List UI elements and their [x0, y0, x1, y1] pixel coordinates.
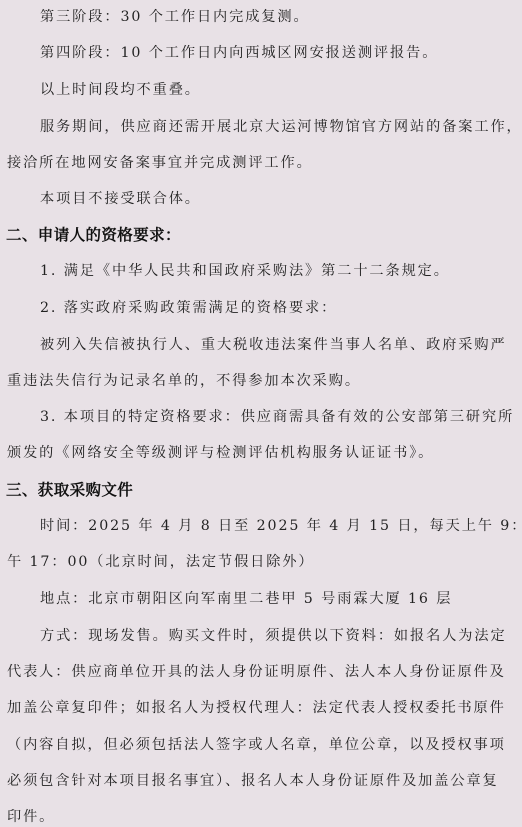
- paragraph-stage4: 第四阶段：10 个工作日内向西城区网安报送测评报告。: [40, 43, 438, 63]
- location-line: 地点：北京市朝阳区向军南里二巷甲 5 号雨霖大厦 16 层: [40, 589, 452, 609]
- method-line3: 加盖公章复印件；如报名人为授权代理人：法定代表人授权委托书原件: [7, 698, 506, 718]
- requirement-3-line2: 颁发的《网络安全等级测评与检测评估机构服务认证证书》。: [7, 443, 434, 463]
- requirement-1: 1. 满足《中华人民共和国政府采购法》第二十二条规定。: [40, 261, 450, 281]
- time-line1: 时间：2025 年 4 月 8 日至 2025 年 4 月 15 日，每天上午 …: [40, 516, 522, 536]
- paragraph-stage3: 第三阶段：30 个工作日内完成复测。: [40, 7, 310, 27]
- paragraph-no-overlap: 以上时间段均不重叠。: [40, 80, 201, 100]
- section-heading-obtain-documents: 三、获取采购文件: [6, 480, 133, 500]
- paragraph-service-line1: 服务期间，供应商还需开展北京大运河博物馆官方网站的备案工作，: [40, 117, 522, 137]
- time-line2: 午 17：00（北京时间，法定节假日除外）: [7, 552, 315, 572]
- requirement-2-detail-line2: 重违法失信行为记录名单的，不得参加本次采购。: [7, 371, 361, 391]
- paragraph-service-line2: 接洽所在地网安备案事宜并完成测评工作。: [7, 153, 313, 173]
- requirement-2: 2. 落实政府采购政策需满足的资格要求：: [40, 298, 337, 318]
- method-line1: 方式：现场发售。购买文件时，须提供以下资料：如报名人为法定: [40, 626, 507, 646]
- requirement-3-line1: 3. 本项目的特定资格要求：供应商需具备有效的公安部第三研究所: [40, 407, 514, 427]
- method-line4: （内容自拟，但必须包括法人签字或人名章，单位公章，以及授权事项: [7, 735, 506, 755]
- requirement-2-detail-line1: 被列入失信被执行人、重大税收违法案件当事人名单、政府采购严: [40, 335, 507, 355]
- method-line5: 必须包含针对本项目报名事宜）、报名人本人身份证原件及加盖公章复: [7, 771, 499, 791]
- section-heading-qualifications: 二、申请人的资格要求：: [6, 225, 181, 245]
- paragraph-no-consortium: 本项目不接受联合体。: [40, 189, 201, 209]
- method-line2: 代表人：供应商单位开具的法人身份证明原件、法人本人身份证原件及: [7, 662, 506, 682]
- method-line6: 印件。: [7, 807, 55, 827]
